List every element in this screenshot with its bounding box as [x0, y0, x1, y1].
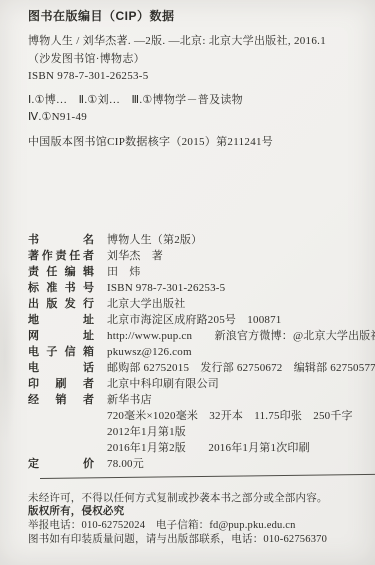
colophon-label: 电子信箱	[28, 343, 94, 359]
colophon-row-title: 书名 博物人生（第2版）	[28, 231, 375, 247]
separator-rule	[40, 473, 375, 478]
cip-isbn-line: ISBN 978-7-301-26253-5	[28, 68, 375, 86]
colophon-label: 出版发行	[28, 295, 94, 311]
quality-contact-line: 图书如有印装质量问题，请与出版部联系，电话：010-62756370	[28, 533, 375, 547]
colophon-label: 印刷者	[28, 375, 94, 391]
colophon-row-second-edition: 2016年1月第2版 2016年1月第1次印刷	[28, 439, 375, 455]
colophon-row-printer: 印刷者 北京中科印刷有限公司	[28, 375, 375, 391]
cip-heading: 图书在版编目（CIP）数据	[28, 8, 375, 24]
colophon-value: 北京中科印刷有限公司	[107, 375, 219, 391]
colophon-value: 刘华杰 著	[107, 247, 163, 263]
colophon-value: http://www.pup.cn 新浪官方微博：@北京大学出版社	[107, 327, 375, 343]
colophon-value: ISBN 978-7-301-26253-5	[107, 282, 225, 294]
colophon-row-distributor: 经销者 新华书店	[28, 391, 375, 407]
cip-record-line: 博物人生 / 刘华杰著. —2版. —北京: 北京大学出版社, 2016.1	[28, 33, 375, 51]
colophon-label: 经销者	[28, 391, 94, 407]
colophon-row-isbn: 标准书号 ISBN 978-7-301-26253-5	[28, 279, 375, 295]
all-rights-reserved-notice: 版权所有，侵权必究	[28, 505, 375, 519]
cip-record-block: 博物人生 / 刘华杰著. —2版. —北京: 北京大学出版社, 2016.1 （…	[28, 33, 375, 86]
colophon-value: 邮购部 62752015 发行部 62750672 编辑部 62750577	[107, 359, 375, 375]
scan-artifact	[0, 265, 18, 445]
copyright-notices: 未经许可，不得以任何方式复制或抄袭本书之部分或全部内容。 版权所有，侵权必究 举…	[28, 492, 375, 547]
colophon-table: 书名 博物人生（第2版） 著作责任者 刘华杰 著 责任编辑 田 炜 标准书号 I…	[28, 231, 375, 471]
colophon-value: 北京市海淀区成府路205号 100871	[107, 311, 282, 327]
colophon-row-first-edition: 2012年1月第1版	[28, 423, 375, 439]
colophon-row-email: 电子信箱 pkuwsz@126.com	[28, 343, 375, 359]
colophon-row-website: 网址 http://www.pup.cn 新浪官方微博：@北京大学出版社	[28, 327, 375, 343]
colophon-value: 田 炜	[107, 263, 141, 279]
colophon-value: 新华书店	[107, 391, 152, 407]
colophon-page: 图书在版编目（CIP）数据 博物人生 / 刘华杰著. —2版. —北京: 北京大…	[0, 0, 375, 565]
colophon-row-publisher: 出版发行 北京大学出版社	[28, 295, 375, 311]
colophon-row-author: 著作责任者 刘华杰 著	[28, 247, 375, 263]
cip-classification-line-2: Ⅳ.①N91-49	[28, 109, 375, 127]
no-copy-notice: 未经许可，不得以任何方式复制或抄袭本书之部分或全部内容。	[28, 492, 375, 506]
colophon-label: 书名	[28, 231, 94, 247]
cip-classification-line-1: Ⅰ.①博… Ⅱ.①刘… Ⅲ.①博物学－普及读物	[28, 92, 375, 110]
colophon-label: 地址	[28, 311, 94, 327]
colophon-row-phone: 电话 邮购部 62752015 发行部 62750672 编辑部 6275057…	[28, 359, 375, 375]
colophon-row-address: 地址 北京市海淀区成府路205号 100871	[28, 311, 375, 327]
colophon-label: 电话	[28, 359, 94, 375]
colophon-value: 2016年1月第2版 2016年1月第1次印刷	[107, 439, 310, 455]
colophon-value: 2012年1月第1版	[107, 423, 186, 439]
colophon-value: 博物人生（第2版）	[107, 231, 202, 247]
colophon-value: 北京大学出版社	[107, 295, 185, 311]
colophon-label: 著作责任者	[28, 247, 94, 263]
colophon-label: 定价	[28, 455, 94, 471]
colophon-row-price: 定价 78.00元	[28, 455, 375, 471]
colophon-value: pkuwsz@126.com	[107, 346, 192, 358]
cip-classification-block: Ⅰ.①博… Ⅱ.①刘… Ⅲ.①博物学－普及读物 Ⅳ.①N91-49	[28, 92, 375, 127]
colophon-row-editor: 责任编辑 田 炜	[28, 263, 375, 279]
colophon-value: 720毫米×1020毫米 32开本 11.75印张 250千字	[107, 407, 353, 423]
colophon-label: 责任编辑	[28, 263, 94, 279]
colophon-row-format: 720毫米×1020毫米 32开本 11.75印张 250千字	[28, 407, 375, 423]
cip-series-line: （沙发图书馆·博物志）	[28, 51, 375, 69]
report-contact-line: 举报电话：010-62752024 电子信箱：fd@pup.pku.edu.cn	[28, 519, 375, 533]
colophon-label: 网址	[28, 327, 94, 343]
cip-registration-line: 中国版本图书馆CIP数据核字（2015）第211241号	[28, 134, 375, 151]
colophon-value: 78.00元	[107, 455, 144, 471]
colophon-label: 标准书号	[28, 279, 94, 295]
